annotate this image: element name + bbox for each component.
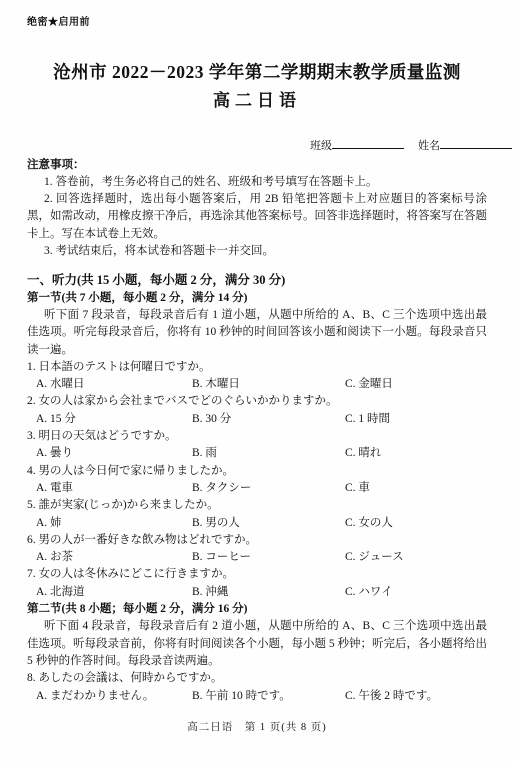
listening-part1: 第一节(共 7 小题，每小题 2 分，满分 14 分) 听下面 7 段录音，每段… (27, 290, 487, 601)
question-stem: 3. 明日の天気はどうですか。 (27, 428, 487, 445)
question-4: 4. 男の人は今日何で家に帰りましたか。 A. 電車 B. タクシー C. 車 (27, 463, 487, 498)
student-info-row: 班级姓名 (27, 137, 487, 155)
option-a: A. 水曜日 (36, 376, 192, 393)
exam-paper-page: 绝密★启用前 沧州市 2022－2023 学年第二学期期末教学质量监测 高二日语… (0, 0, 514, 762)
question-7: 7. 女の人は冬休みにどこに行きますか。 A. 北海道 B. 沖縄 C. ハワイ (27, 566, 487, 601)
notice-item-2: 2. 回答选择题时，选出每小题答案后，用 2B 铅笔把答题卡上对应题目的答案标号… (27, 191, 487, 243)
question-stem: 6. 男の人が一番好きな飲み物はどれですか。 (27, 532, 487, 549)
notice-item-1: 1. 答卷前，考生务必将自己的姓名、班级和考号填写在答题卡上。 (27, 174, 487, 191)
option-b: B. 沖縄 (192, 584, 345, 601)
option-b: B. タクシー (192, 480, 345, 497)
question-stem: 1. 日本語のテストは何曜日ですか。 (27, 359, 487, 376)
question-6: 6. 男の人が一番好きな飲み物はどれですか。 A. お茶 B. コーヒー C. … (27, 532, 487, 567)
option-b: B. コーヒー (192, 549, 345, 566)
listening-section-heading: 一、听力(共 15 小题，每小题 2 分，满分 30 分) (27, 272, 487, 289)
class-blank-line (332, 137, 404, 149)
option-a: A. 電車 (36, 480, 192, 497)
option-c: C. 車 (345, 480, 487, 497)
question-2: 2. 女の人は家から会社までバスでどのぐらいかかりますか。 A. 15 分 B.… (27, 393, 487, 428)
question-5: 5. 誰が実家(じっか)から来ましたか。 A. 姉 B. 男の人 C. 女の人 (27, 497, 487, 532)
question-options: A. 曇り B. 雨 C. 晴れ (27, 445, 487, 462)
question-options: A. 15 分 B. 30 分 C. 1 時間 (27, 411, 487, 428)
page-footer: 高二日语 第 1 页(共 8 页) (0, 719, 514, 736)
question-stem: 5. 誰が実家(じっか)から来ましたか。 (27, 497, 487, 514)
question-1: 1. 日本語のテストは何曜日ですか。 A. 水曜日 B. 木曜日 C. 金曜日 (27, 359, 487, 394)
part2-heading: 第二节(共 8 小题；每小题 2 分，满分 16 分) (27, 601, 487, 618)
option-b: B. 午前 10 時です。 (192, 688, 345, 705)
option-c: C. 晴れ (345, 445, 487, 462)
question-stem: 8. あしたの会議は、何時からですか。 (27, 670, 487, 687)
notice-section: 注意事项： 1. 答卷前，考生务必将自己的姓名、班级和考号填写在答题卡上。 2.… (27, 157, 487, 261)
class-label: 班级 (310, 140, 332, 152)
question-options: A. 水曜日 B. 木曜日 C. 金曜日 (27, 376, 487, 393)
name-label: 姓名 (418, 140, 440, 152)
question-3: 3. 明日の天気はどうですか。 A. 曇り B. 雨 C. 晴れ (27, 428, 487, 463)
option-c: C. ハワイ (345, 584, 487, 601)
question-stem: 4. 男の人は今日何で家に帰りましたか。 (27, 463, 487, 480)
option-a: A. 姉 (36, 515, 192, 532)
option-a: A. 北海道 (36, 584, 192, 601)
option-a: A. 15 分 (36, 411, 192, 428)
option-c: C. 1 時間 (345, 411, 487, 428)
option-c: C. 午後 2 時です。 (345, 688, 487, 705)
question-options: A. 電車 B. タクシー C. 車 (27, 480, 487, 497)
notice-heading: 注意事项： (27, 157, 487, 174)
option-a: A. お茶 (36, 549, 192, 566)
option-c: C. 女の人 (345, 515, 487, 532)
part1-heading: 第一节(共 7 小题，每小题 2 分，满分 14 分) (27, 290, 487, 307)
question-stem: 2. 女の人は家から会社までバスでどのぐらいかかりますか。 (27, 393, 487, 410)
option-c: C. 金曜日 (345, 376, 487, 393)
option-a: A. まだわかりません。 (36, 688, 192, 705)
part1-instructions: 听下面 7 段录音，每段录音后有 1 道小题，从题中所给的 A、B、C 三个选项… (27, 307, 487, 359)
part2-instructions: 听下面 4 段录音，每段录音后有 2 道小题，从题中所给的 A、B、C 三个选项… (27, 618, 487, 670)
question-8: 8. あしたの会議は、何時からですか。 A. まだわかりません。 B. 午前 1… (27, 670, 487, 705)
option-c: C. ジュース (345, 549, 487, 566)
name-blank-line (440, 137, 512, 149)
option-b: B. 雨 (192, 445, 345, 462)
exam-title: 沧州市 2022－2023 学年第二学期期末教学质量监测 (27, 61, 487, 83)
security-notice: 绝密★启用前 (27, 14, 487, 31)
question-options: A. お茶 B. コーヒー C. ジュース (27, 549, 487, 566)
option-a: A. 曇り (36, 445, 192, 462)
option-b: B. 木曜日 (192, 376, 345, 393)
question-options: A. まだわかりません。 B. 午前 10 時です。 C. 午後 2 時です。 (27, 688, 487, 705)
option-b: B. 男の人 (192, 515, 345, 532)
question-options: A. 姉 B. 男の人 C. 女の人 (27, 515, 487, 532)
exam-subject: 高二日语 (27, 90, 487, 112)
option-b: B. 30 分 (192, 411, 345, 428)
question-options: A. 北海道 B. 沖縄 C. ハワイ (27, 584, 487, 601)
question-stem: 7. 女の人は冬休みにどこに行きますか。 (27, 566, 487, 583)
notice-item-3: 3. 考试结束后，将本试卷和答题卡一并交回。 (27, 243, 487, 260)
listening-part2: 第二节(共 8 小题；每小题 2 分，满分 16 分) 听下面 4 段录音，每段… (27, 601, 487, 705)
